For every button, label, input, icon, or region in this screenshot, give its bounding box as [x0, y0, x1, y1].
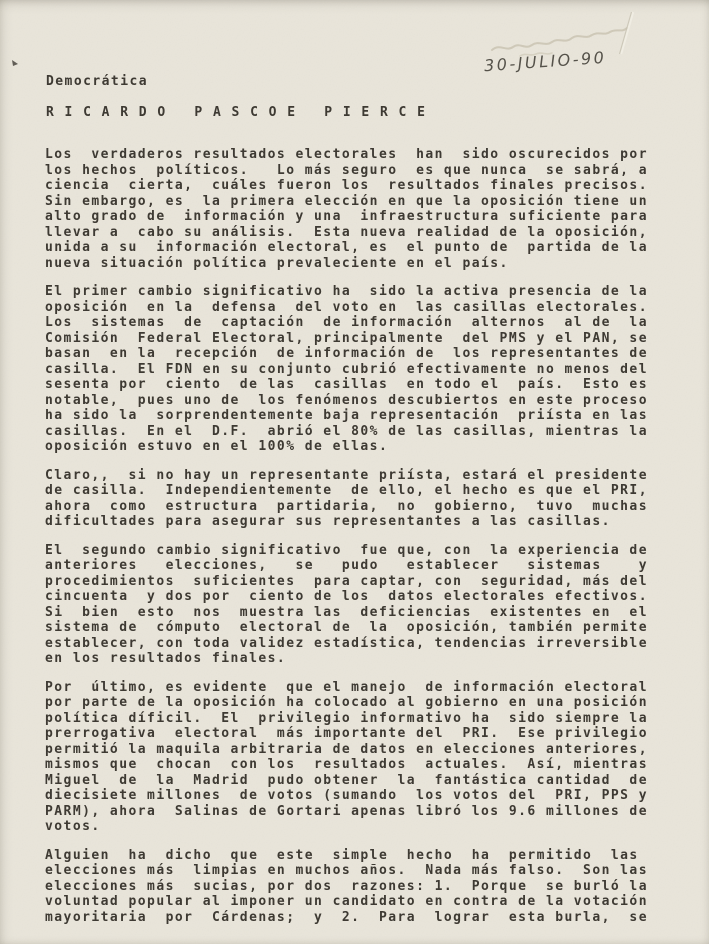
scanned-document-page: 30-JULIO-90 Democrática R I C A R D O P … [0, 0, 709, 944]
paragraph-6: Alguien ha dicho que este simple hecho h… [45, 848, 675, 926]
paragraph-5: Por último, es evidente que el manejo de… [45, 680, 675, 835]
paragraph-1: Los verdaderos resultados electorales ha… [45, 147, 675, 271]
author-name: R I C A R D O P A S C O E P I E R C E [46, 105, 426, 121]
ink-speck-mark [12, 60, 18, 66]
paper-crease-mark [620, 12, 634, 54]
paragraph-4: El segundo cambio significativo fue que,… [45, 543, 675, 667]
document-header-fragment: Democrática [46, 74, 148, 90]
handwritten-date: 30-JULIO-90 [483, 48, 606, 75]
paragraph-3: Claro,, si no hay un representante priís… [45, 468, 675, 530]
paragraph-2: El primer cambio significativo ha sido l… [45, 284, 675, 455]
document-body: Los verdaderos resultados electorales ha… [45, 147, 675, 938]
